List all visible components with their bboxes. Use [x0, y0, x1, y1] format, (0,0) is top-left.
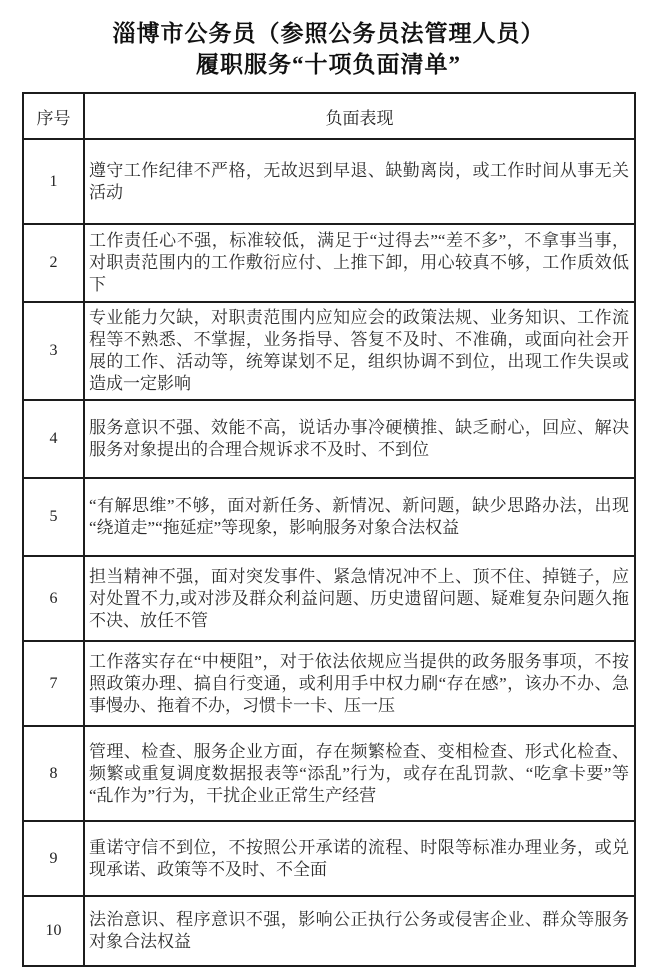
row-index: 4 — [23, 400, 84, 478]
table-row: 2 工作责任心不强，标准较低，满足于“过得去”“差不多”，不拿事当事，对职责范围… — [23, 224, 635, 302]
row-behavior: 重诺守信不到位，不按照公开承诺的流程、时限等标准办理业务，或兑现承诺、政策等不及… — [84, 821, 635, 896]
row-index: 9 — [23, 821, 84, 896]
row-index: 1 — [23, 139, 84, 224]
document-title: 淄博市公务员（参照公务员法管理人员） 履职服务“十项负面清单” — [0, 18, 657, 80]
document-title-line2: 履职服务“十项负面清单” — [0, 49, 657, 80]
table-row: 3 专业能力欠缺，对职责范围内应知应会的政策法规、业务知识、工作流程等不熟悉、不… — [23, 302, 635, 400]
row-behavior: 担当精神不强，面对突发事件、紧急情况冲不上、顶不住、掉链子，应对处置不力,或对涉… — [84, 556, 635, 641]
row-behavior: 遵守工作纪律不严格，无故迟到早退、缺勤离岗，或工作时间从事无关活动 — [84, 139, 635, 224]
table-header-row: 序号 负面表现 — [23, 93, 635, 139]
header-behavior: 负面表现 — [84, 93, 635, 139]
negative-list-table: 序号 负面表现 1 遵守工作纪律不严格，无故迟到早退、缺勤离岗，或工作时间从事无… — [22, 92, 636, 967]
header-index: 序号 — [23, 93, 84, 139]
row-index: 5 — [23, 478, 84, 556]
table-row: 7 工作落实存在“中梗阻”，对于依法依规应当提供的政务服务事项，不按照政策办理、… — [23, 641, 635, 726]
row-behavior: 管理、检查、服务企业方面，存在频繁检查、变相检查、形式化检查、频繁或重复调度数据… — [84, 726, 635, 821]
table-row: 10 法治意识、程序意识不强，影响公正执行公务或侵害企业、群众等服务对象合法权益 — [23, 896, 635, 966]
row-index: 6 — [23, 556, 84, 641]
table-row: 8 管理、检查、服务企业方面，存在频繁检查、变相检查、形式化检查、频繁或重复调度… — [23, 726, 635, 821]
row-behavior: 工作责任心不强，标准较低，满足于“过得去”“差不多”，不拿事当事，对职责范围内的… — [84, 224, 635, 302]
row-index: 7 — [23, 641, 84, 726]
negative-list-table-container: 序号 负面表现 1 遵守工作纪律不严格，无故迟到早退、缺勤离岗，或工作时间从事无… — [22, 92, 635, 967]
row-behavior: 服务意识不强、效能不高，说话办事冷硬横推、缺乏耐心，回应、解决服务对象提出的合理… — [84, 400, 635, 478]
row-index: 2 — [23, 224, 84, 302]
row-index: 10 — [23, 896, 84, 966]
row-index: 3 — [23, 302, 84, 400]
document-page: 淄博市公务员（参照公务员法管理人员） 履职服务“十项负面清单” 序号 负面表现 … — [0, 0, 657, 974]
row-behavior: “有解思维”不够，面对新任务、新情况、新问题，缺少思路办法，出现“绕道走”“拖延… — [84, 478, 635, 556]
table-row: 6 担当精神不强，面对突发事件、紧急情况冲不上、顶不住、掉链子，应对处置不力,或… — [23, 556, 635, 641]
row-behavior: 专业能力欠缺，对职责范围内应知应会的政策法规、业务知识、工作流程等不熟悉、不掌握… — [84, 302, 635, 400]
table-row: 1 遵守工作纪律不严格，无故迟到早退、缺勤离岗，或工作时间从事无关活动 — [23, 139, 635, 224]
row-behavior: 法治意识、程序意识不强，影响公正执行公务或侵害企业、群众等服务对象合法权益 — [84, 896, 635, 966]
row-behavior: 工作落实存在“中梗阻”，对于依法依规应当提供的政务服务事项，不按照政策办理、搞自… — [84, 641, 635, 726]
row-index: 8 — [23, 726, 84, 821]
document-title-line1: 淄博市公务员（参照公务员法管理人员） — [0, 18, 657, 49]
table-row: 4 服务意识不强、效能不高，说话办事冷硬横推、缺乏耐心，回应、解决服务对象提出的… — [23, 400, 635, 478]
table-row: 5 “有解思维”不够，面对新任务、新情况、新问题，缺少思路办法，出现“绕道走”“… — [23, 478, 635, 556]
table-row: 9 重诺守信不到位，不按照公开承诺的流程、时限等标准办理业务，或兑现承诺、政策等… — [23, 821, 635, 896]
